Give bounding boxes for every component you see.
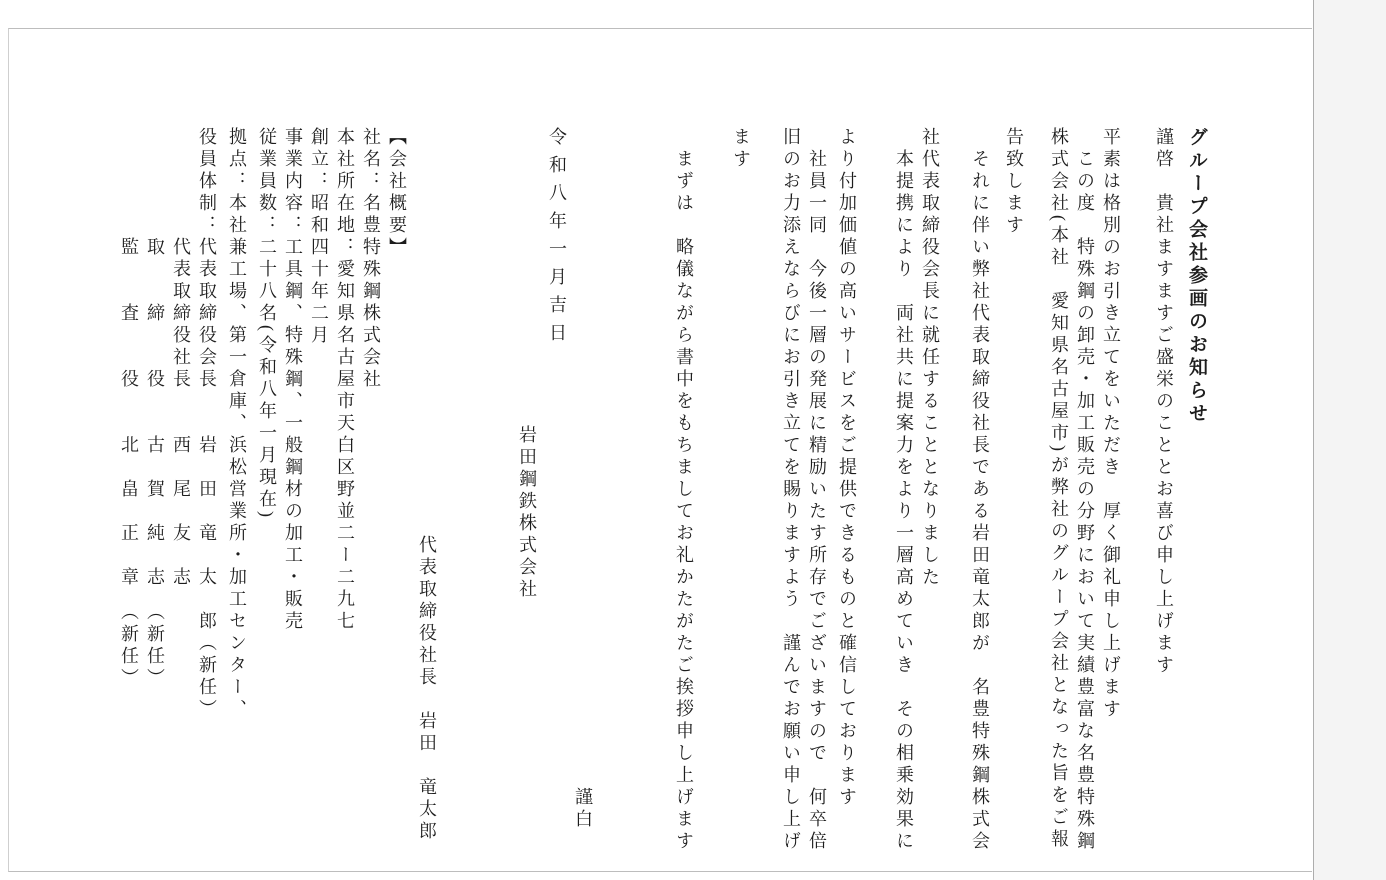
body-column: より付加価値の高いサービスをご提供できるものと確信しております bbox=[837, 127, 857, 869]
closing-word: 謹白 bbox=[573, 787, 593, 869]
letter-vertical-text: グループ会社参画のお知らせ 謹啓 貴社ますますご盛栄のこととお喜び申し上げます … bbox=[119, 127, 1256, 869]
body-column: 告致します bbox=[1004, 127, 1024, 869]
overview-column: 社名：名豊特殊鋼株式会社 bbox=[361, 127, 381, 869]
body-column: 謹啓 貴社ますますご盛栄のこととお喜び申し上げます bbox=[1154, 127, 1174, 869]
letter-page: グループ会社参画のお知らせ 謹啓 貴社ますますご盛栄のこととお喜び申し上げます … bbox=[8, 28, 1312, 872]
overview-column: 従業員数：二十八名(令和八年一月現在) bbox=[257, 127, 277, 869]
body-column: それに伴い弊社代表取締役社長である岩田竜太郎が 名豊特殊鋼株式会 bbox=[970, 127, 990, 869]
scan-margin-strip bbox=[1313, 0, 1386, 880]
officer-column: 役員体制：代表取締役会長 岩 田 竜 太 郎（新任） bbox=[197, 127, 217, 869]
date-column: 令和八年一月吉日 bbox=[547, 127, 567, 869]
body-column: 旧のお力添えならびにお引き立てを賜りますよう 謹んでお願い申し上げ bbox=[781, 127, 801, 869]
overview-column: 拠点：本社兼工場、第一倉庫、浜松営業所・加工センター、 bbox=[227, 127, 247, 869]
body-column: 株式会社(本社 愛知県名古屋市)が弊社のグループ会社となった旨をご報 bbox=[1049, 127, 1069, 869]
body-column: 本提携により 両社共に提案力をより一層高めていき その相乗効果に bbox=[894, 127, 914, 869]
officer-column: 取 締 役 古 賀 純 志 （新任） bbox=[145, 127, 165, 869]
page-title: グループ会社参画のお知らせ bbox=[1186, 127, 1206, 869]
body-column: この度 特殊鋼の卸売・加工販売の分野において実績豊富な名豊特殊鋼 bbox=[1075, 127, 1095, 869]
officer-column: 監 査 役 北 畠 正 章 （新任） bbox=[119, 127, 139, 869]
overview-column: 創立：昭和四十年二月 bbox=[309, 127, 329, 869]
overview-heading-column: 【会社概要】 bbox=[387, 127, 407, 869]
body-column: 平素は格別のお引き立てをいただき 厚く御礼申し上げます bbox=[1101, 127, 1121, 869]
signature-person-column: 代表取締役社長 岩田 竜太郎 bbox=[417, 535, 437, 869]
body-column: まずは 略儀ながら書中をもちましてお礼かたがたご挨拶申し上げます bbox=[674, 127, 694, 869]
overview-column: 事業内容：工具鋼、特殊鋼、一般鋼材の加工・販売 bbox=[283, 127, 303, 869]
overview-column: 本社所在地：愛知県名古屋市天白区野並二ー二九七 bbox=[335, 127, 355, 869]
body-column: 社員一同 今後一層の発展に精励いたす所存でございますので 何卒倍 bbox=[807, 127, 827, 869]
body-column: 社代表取締役会長に就任することとなりました bbox=[920, 127, 940, 869]
officer-column: 代表取締役社長 西 尾 友 志 bbox=[171, 127, 191, 869]
signature-company-column: 岩田鋼鉄株式会社 bbox=[517, 425, 537, 869]
body-column: ます bbox=[731, 127, 751, 869]
